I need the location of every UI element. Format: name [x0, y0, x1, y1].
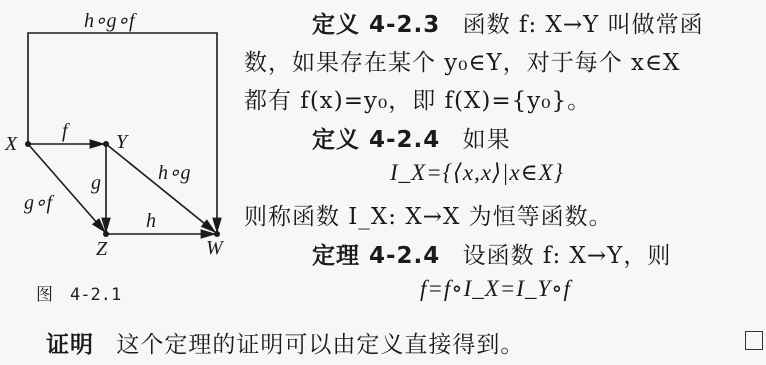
definition-text: 函数 f: X→Y 叫做常函 [463, 12, 704, 38]
definition-4-2-4-conclusion: 则称函数 I_X: X→X 为恒等函数。 [244, 198, 613, 231]
edge-label-h: h [146, 210, 156, 233]
definition-4-2-3-line2: 数，如果存在某个 y₀∈Y，对于每个 x∈X [244, 44, 680, 77]
definition-4-2-3-line3: 都有 f(x)=y₀，即 f(X)={y₀}。 [244, 82, 591, 115]
edge-label-hg: h∘g [158, 160, 191, 185]
node-label-y: Y [116, 131, 127, 154]
figure-caption: 图 4-2.1 [36, 280, 121, 305]
edge-label-f: f [62, 120, 68, 143]
proof-line: 证明 这个定理的证明可以由定义直接得到。 [46, 326, 524, 359]
identity-function-formula: I_X={⟨x,x⟩|x∈X} [390, 160, 564, 186]
edge-label-gf: g∘f [24, 190, 52, 215]
definition-title: 定义 4-2.3 [312, 12, 440, 38]
definition-intro: 如果 [463, 127, 511, 153]
definition-title: 定义 4-2.4 [312, 127, 440, 153]
node-label-x: X [5, 133, 17, 156]
definition-4-2-4-heading: 定义 4-2.4 如果 [312, 121, 511, 154]
theorem-formula: f=f∘I_X=I_Y∘f [420, 276, 571, 302]
edge-label-hgf: h∘g∘f [84, 8, 135, 33]
node-label-w: W [206, 237, 223, 260]
proof-label: 证明 [46, 332, 94, 358]
definition-4-2-3-line1: 定义 4-2.3 函数 f: X→Y 叫做常函 [312, 6, 704, 39]
theorem-4-2-4-heading: 定理 4-2.4 设函数 f: X→Y，则 [312, 237, 671, 270]
commutative-diagram: h∘g∘f X Y Z W f g g∘f h∘g h 图 4-2.1 [0, 0, 240, 300]
end-of-proof-icon [745, 331, 763, 350]
proof-text: 这个定理的证明可以由定义直接得到。 [116, 332, 524, 358]
theorem-title: 定理 4-2.4 [312, 243, 440, 269]
node-label-z: Z [96, 238, 107, 261]
edge-label-g: g [91, 172, 101, 195]
theorem-statement: 设函数 f: X→Y，则 [463, 243, 672, 269]
